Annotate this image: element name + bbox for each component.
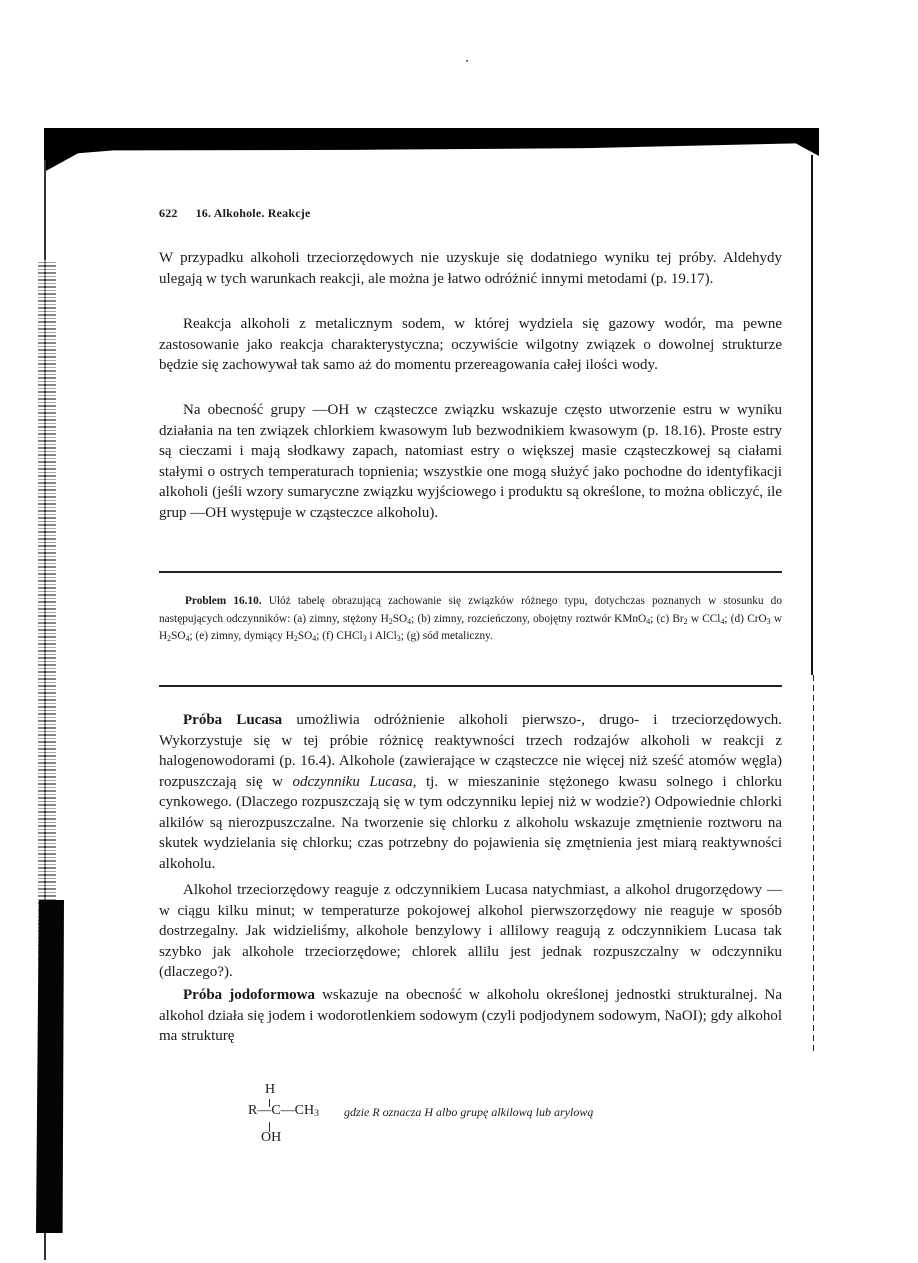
paragraph-text: Reakcja alkoholi z metalicznym sodem, w … bbox=[159, 314, 782, 376]
paragraph-iodoform-test: Próba jodoformowa wskazuje na obecność w… bbox=[159, 985, 782, 1047]
scan-binding-shadow-corner bbox=[44, 150, 84, 172]
running-header: 62216. Alkohole. Reakcje bbox=[159, 206, 310, 221]
chapter-title: 16. Alkohole. Reakcje bbox=[196, 206, 311, 220]
scan-binding-shadow-top bbox=[44, 128, 819, 156]
formula-note: gdzie R oznacza H albo grupę alkilową lu… bbox=[344, 1105, 593, 1120]
scan-speck bbox=[466, 60, 468, 62]
formula-main-chain: R—C—CH3 bbox=[248, 1103, 319, 1119]
paragraph-ester-test: Na obecność grupy —OH w cząsteczce związ… bbox=[159, 400, 782, 523]
problem-bottom-rule bbox=[159, 685, 782, 687]
structural-formula: H R—C—CH3 OH gdzie R oznacza H albo grup… bbox=[248, 1082, 748, 1152]
problem-16-10: Problem 16.10. Ułóż tabelę obrazującą za… bbox=[159, 593, 782, 646]
paragraph-text: Alkohol trzeciorzędowy reaguje z odczynn… bbox=[159, 880, 782, 983]
term-iodoform-test: Próba jodoformowa bbox=[183, 987, 315, 1003]
paragraph-lucas-results: Alkohol trzeciorzędowy reaguje z odczynn… bbox=[159, 880, 782, 983]
formula-top-atom: H bbox=[265, 1082, 275, 1098]
term-lucas-reagent: odczynniku Lucasa bbox=[292, 774, 412, 790]
paragraph-sodium-test: Reakcja alkoholi z metalicznym sodem, w … bbox=[159, 314, 782, 376]
page-right-edge-dashed bbox=[813, 675, 814, 1055]
paragraph-text: W przypadku alkoholi trzeciorzędowych ni… bbox=[159, 248, 782, 289]
problem-top-rule bbox=[159, 571, 782, 573]
page-number: 622 bbox=[159, 206, 178, 220]
formula-bottom-group: OH bbox=[261, 1130, 281, 1146]
paragraph-aldehydes: W przypadku alkoholi trzeciorzędowych ni… bbox=[159, 248, 782, 289]
scan-gutter-noise bbox=[38, 260, 56, 960]
paragraph-text: Na obecność grupy —OH w cząsteczce związ… bbox=[159, 400, 782, 523]
scan-gutter-shadow bbox=[36, 900, 64, 1233]
page-right-edge bbox=[811, 155, 813, 675]
paragraph-lucas-test: Próba Lucasa umożliwia odróżnienie alkoh… bbox=[159, 710, 782, 874]
term-lucas-test: Próba Lucasa bbox=[183, 712, 282, 728]
problem-label: Problem 16.10. bbox=[185, 595, 262, 607]
